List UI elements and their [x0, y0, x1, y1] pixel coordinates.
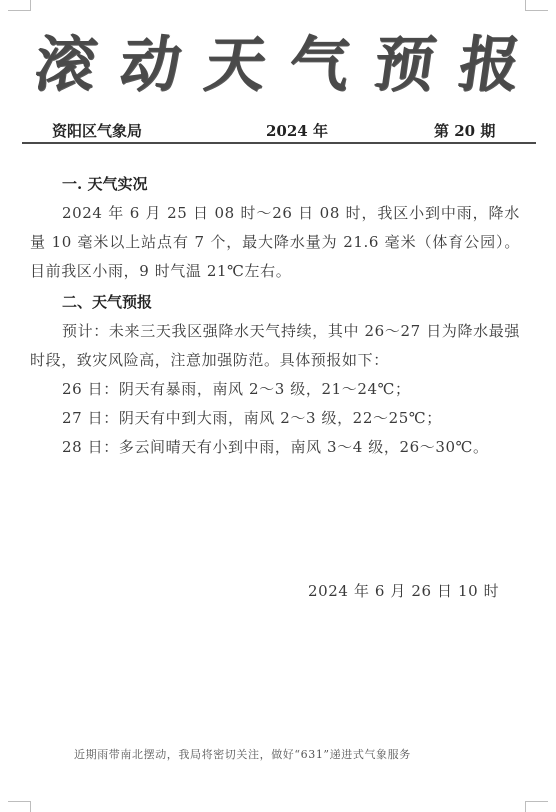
issuer-name: 资阳区气象局	[52, 120, 142, 141]
forecast-day-line: 27 日：阴天有中到大雨，南风 2～3 级，22～25℃；	[30, 404, 520, 433]
forecast-intro-paragraph: 预计：未来三天我区强降水天气持续，其中 26～27 日为降水最强时段，致灾风险高…	[30, 317, 520, 375]
masthead-char: 滚	[30, 17, 102, 103]
forecast-day-line: 28 日：多云间晴天有小到中雨，南风 3～4 级，26～30℃。	[30, 433, 520, 462]
issue-datetime: 2024 年 6 月 26 日 10 时	[308, 580, 499, 601]
bulletin-body: 一. 天气实况 2024 年 6 月 25 日 08 时～26 日 08 时，我…	[30, 170, 520, 462]
observations-paragraph: 2024 年 6 月 25 日 08 时～26 日 08 时，我区小到中雨，降水…	[30, 199, 520, 286]
masthead-char: 预	[369, 17, 441, 103]
info-bar: 资阳区气象局 2024 年 第 20 期	[22, 116, 536, 142]
masthead-char: 报	[454, 17, 526, 103]
issue-number: 第 20 期	[434, 120, 495, 141]
section-heading-observations: 一. 天气实况	[30, 170, 520, 199]
section-heading-forecast: 二、天气预报	[30, 288, 520, 317]
crop-mark-top-right	[525, 0, 548, 11]
masthead-char: 天	[200, 17, 272, 103]
masthead-char: 动	[115, 17, 187, 103]
forecast-day-line: 26 日：阴天有暴雨，南风 2～3 级，21～24℃；	[30, 375, 520, 404]
masthead-title: 滚 动 天 气 预 报	[36, 20, 520, 100]
crop-mark-top-left	[8, 0, 31, 11]
header-divider	[22, 142, 536, 144]
crop-mark-bottom-right	[525, 801, 548, 812]
footer-note: 近期雨带南北摆动，我局将密切关注，做好“631”递进式气象服务	[74, 746, 411, 762]
masthead-char: 气	[284, 17, 356, 103]
crop-mark-bottom-left	[8, 801, 31, 812]
issue-year: 2024 年	[266, 120, 328, 141]
